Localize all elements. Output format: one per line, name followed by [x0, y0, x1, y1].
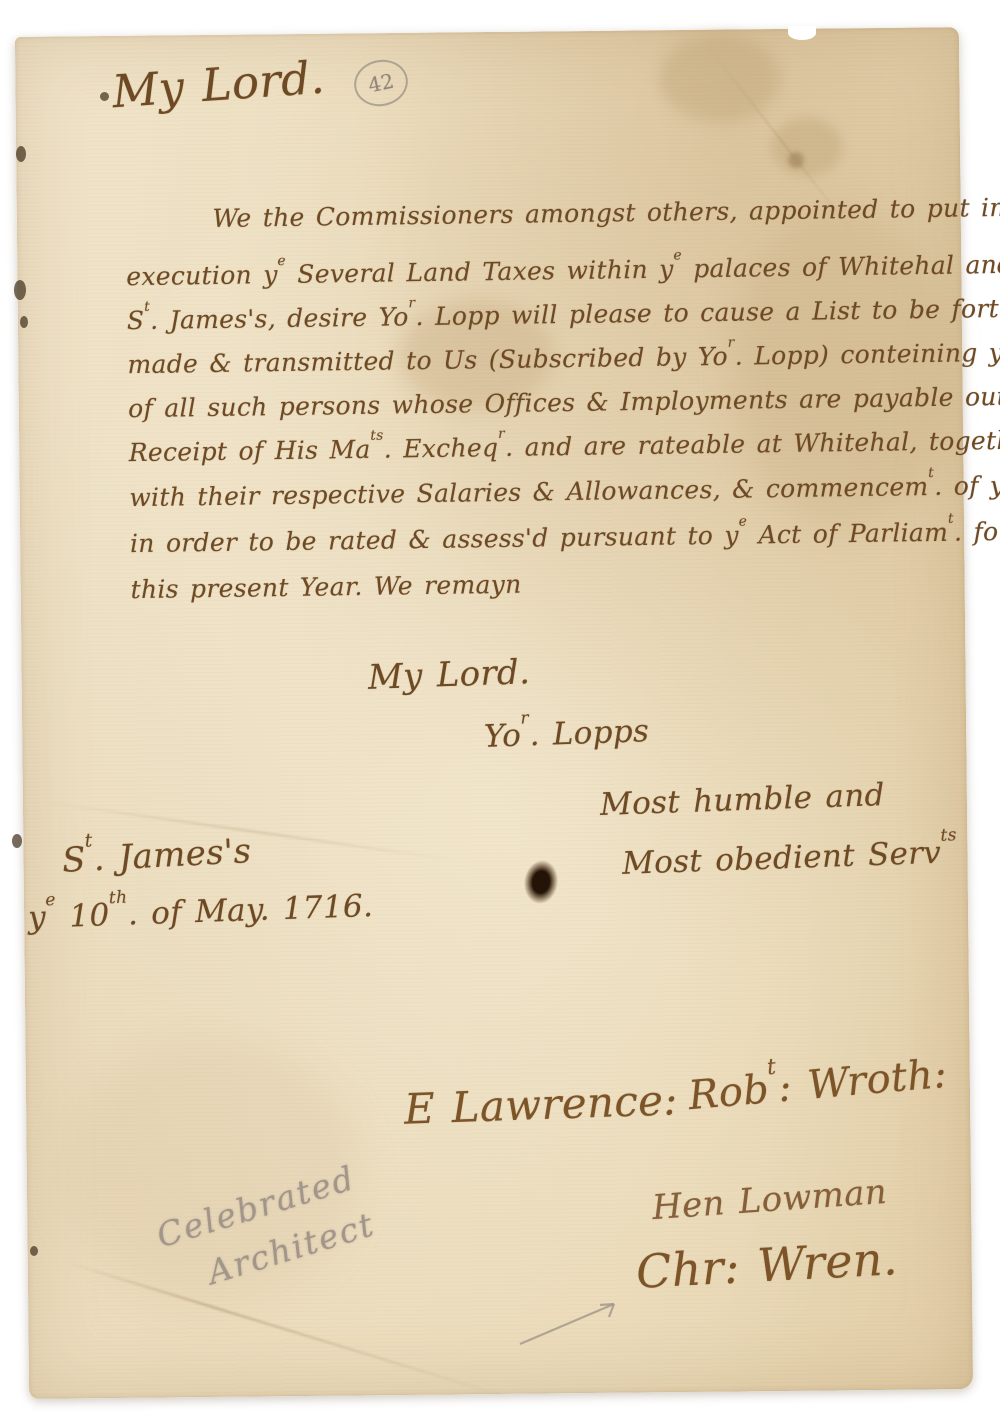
body-line: execution ye Several Land Taxes within y… — [126, 250, 1000, 291]
body-line: of all such persons whose Offices & Impl… — [128, 380, 1000, 423]
body-line: made & transmitted to Us (Subscribed by … — [127, 336, 1000, 379]
body-line: with their respective Salaries & Allowan… — [129, 470, 1000, 513]
body-line: St. James's, desire Yor. Lopp will pleas… — [127, 292, 1000, 335]
body-line: We the Commissioners amongst others, app… — [212, 192, 1000, 233]
edge-speck — [30, 1246, 38, 1256]
pencil-arrow — [512, 1292, 632, 1352]
body-line: in order to be rated & assess'd pursuant… — [130, 516, 1000, 558]
letter-body: We the Commissioners amongst others, app… — [0, 0, 1000, 702]
closing-address: My Lord. — [367, 652, 530, 698]
closing-your-lordships: Yor. Lopps — [483, 713, 649, 755]
body-line: Receipt of His Mats. Excheqr. and are ra… — [129, 425, 1000, 467]
edge-speck — [12, 834, 22, 848]
signature-lawrence: E Lawrence: — [403, 1075, 678, 1134]
body-line: this present Year. We remayn — [130, 570, 521, 604]
